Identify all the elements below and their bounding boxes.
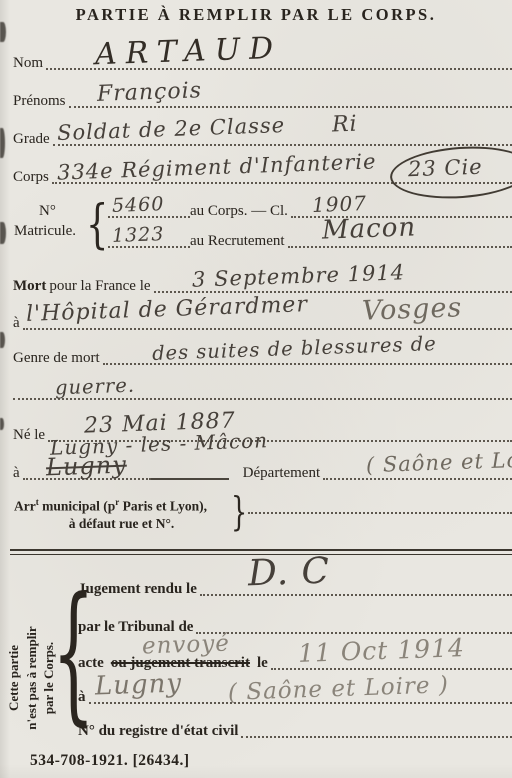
transcrit-date-value: 11 Oct 1914 xyxy=(298,633,466,668)
dotted-line xyxy=(196,632,512,634)
dotted-line xyxy=(248,512,512,514)
dotted-line xyxy=(23,328,512,330)
matricule-brace: { xyxy=(86,194,108,256)
death-department-value: Vosges xyxy=(361,292,462,326)
transcrit-place-value: Lugny xyxy=(95,668,183,701)
birth-department-value: ( Saône et Loire xyxy=(366,447,512,477)
jugement-value: D. C xyxy=(247,551,330,595)
grade-label: Grade xyxy=(13,131,53,148)
ne-a-label: à xyxy=(13,465,23,482)
recrutement-place: Macon xyxy=(322,212,417,245)
arr-municipal-line2: à défaut rue et N°. xyxy=(14,515,229,533)
scanned-form-page: PARTIE À REMPLIR PAR LE CORPS. Nom ARTAU… xyxy=(0,0,512,778)
prenoms-value: François xyxy=(97,78,203,107)
departement-label: Département xyxy=(229,465,323,482)
matricule-label: Matricule. xyxy=(14,223,79,240)
arr-municipal-line1: Arrt municipal (pr Paris et Lyon), xyxy=(14,497,229,515)
dotted-line xyxy=(271,668,512,670)
matricule-corps-number: 5460 xyxy=(112,193,165,217)
dotted-line xyxy=(200,594,512,596)
mort-label: pour la France le xyxy=(49,278,153,295)
mort-lieu-label: à xyxy=(13,315,23,332)
matricule-recrutement-number: 1323 xyxy=(112,223,165,247)
corps-company-value: 23 Cie xyxy=(408,155,483,182)
solid-line-segment xyxy=(151,478,229,480)
classe-year: 1907 xyxy=(312,191,368,217)
cause-of-death-value-line2: guerre. xyxy=(55,374,136,400)
corps-label: Corps xyxy=(13,169,52,186)
transcrit-lieu-label: à xyxy=(78,689,89,706)
nom-label: Nom xyxy=(13,55,46,72)
dotted-line xyxy=(69,106,512,108)
dotted-line xyxy=(241,736,512,738)
genre-mort-label: Genre de mort xyxy=(13,350,103,367)
scan-edge-artifact xyxy=(0,222,6,244)
registre-label: N° du registre d'état civil xyxy=(78,723,241,740)
mort-label-bold: Mort xyxy=(13,278,49,295)
dotted-line xyxy=(323,478,512,480)
jugement-label: Jugement rendu le xyxy=(78,581,200,598)
dotted-line xyxy=(13,398,512,400)
arr-municipal-line xyxy=(248,504,512,516)
scan-edge-artifact xyxy=(0,22,6,42)
transcrit-label-end: le xyxy=(257,655,271,672)
matricule-label-no: N° xyxy=(39,203,59,220)
transcrit-label-start: acte xyxy=(78,655,107,672)
nom-value: ARTAUD xyxy=(94,31,282,73)
ne-le-label: Né le xyxy=(13,427,48,444)
prenoms-label: Prénoms xyxy=(13,93,69,110)
sidebar-note-line2: n'est pas à remplir xyxy=(23,593,41,763)
grade-value-regiment: Ri xyxy=(332,112,358,138)
au-recrutement-label: au Recrutement xyxy=(190,233,288,250)
arr-municipal-label: Arrt municipal (pr Paris et Lyon), à déf… xyxy=(14,497,229,533)
scan-edge-artifact xyxy=(0,418,4,430)
scan-edge-artifact xyxy=(0,332,5,348)
transcrit-note-envoye: envoyé xyxy=(142,630,231,659)
arr-municipal-brace: } xyxy=(231,490,247,537)
print-reference-number: 534-708-1921. [26434.] xyxy=(30,752,190,770)
dotted-line xyxy=(288,246,512,248)
matricule-row-corps: au Corps. — Cl. xyxy=(108,204,512,220)
field-row-prenoms: Prénoms xyxy=(13,94,512,110)
form-title: PARTIE À REMPLIR PAR LE CORPS. xyxy=(0,5,512,25)
matricule-row-recrutement: au Recrutement xyxy=(108,234,512,250)
dotted-line xyxy=(53,144,512,146)
sidebar-note-line1: Cette partie xyxy=(5,593,23,763)
field-row-registre: N° du registre d'état civil xyxy=(78,726,512,740)
scan-edge-artifact xyxy=(0,128,5,158)
au-corps-label: au Corps. — Cl. xyxy=(190,203,291,220)
